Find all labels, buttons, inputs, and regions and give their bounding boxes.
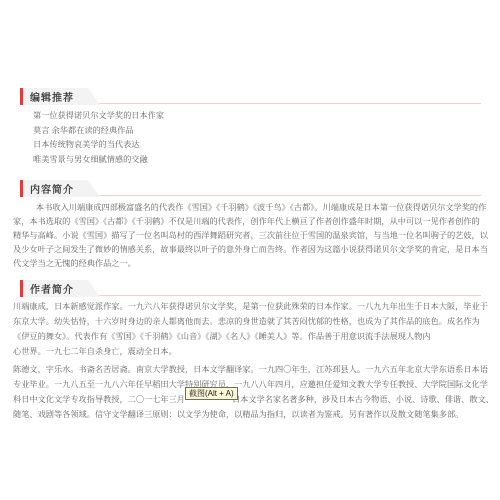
- section-title-editor-recommendation: 编辑推荐: [30, 93, 74, 104]
- text-line: 陈德文，字乐水。书斋名苦居斋。南京大学教授，日本文学翻译家。一九四〇年生，江苏邳…: [13, 362, 494, 377]
- translator-bio-chendewen: 陈德文，字乐水。书斋名苦居斋。南京大学教授，日本文学翻译家。一九四〇年生，江苏邳…: [13, 362, 494, 422]
- section-tab: 作者简介: [20, 280, 100, 297]
- section-tab: 编辑推荐: [20, 88, 100, 105]
- section-tab: 内容简介: [20, 180, 100, 197]
- section-title-author-intro: 作者简介: [30, 285, 74, 296]
- section-header-editor-recommendation: 编辑推荐: [20, 88, 481, 104]
- text-line: 东京大学。幼失怙恃，十六岁时身边的亲人都离他而去。悲凉的身世造就了其苦闷忧郁的性…: [13, 314, 488, 329]
- text-line: 及少女叶子之间发生了微妙的情感关系，故事最终以叶子的意外身亡而告终。作者因为这篇…: [13, 243, 488, 257]
- text-segment: 科日中文化文学专攻指导教授，二〇一七年三月: [13, 395, 185, 404]
- section-header-content-intro: 内容简介: [20, 180, 481, 196]
- editor-recommendation-list: 第一位获得诺贝尔文学奖的日本作家 莫言 余华都在读的经典作品 日本传统物哀美学的…: [33, 109, 164, 167]
- section-title-content-intro: 内容简介: [30, 185, 74, 196]
- screenshot-tooltip: 截图(Alt + A): [185, 387, 238, 400]
- text-line: 代文学当之无愧的经典作品之一。: [13, 257, 488, 271]
- text-line: 本书收入川端康成四部极富盛名的代表作《雪国》《千羽鹤》《波千鸟》《古都》。川端康…: [13, 201, 488, 215]
- list-item: 唯美雪景与男女细腻情感的交融: [33, 153, 164, 168]
- text-line: 科日中文化文学专攻指导教授，二〇一七年三月截图(Alt + A)日本文学名家名著…: [13, 392, 494, 407]
- text-line: 家，本书选取的《雪国》《古都》《千羽鹤》不仅是川端的代表作，创作年代上横亘了作者…: [13, 215, 488, 229]
- text-line: 川端康成，日本新感觉派作家。一九六八年获得诺贝尔文学奖，是第一位获此殊荣的日本作…: [13, 299, 488, 314]
- author-bio-kawabata: 川端康成，日本新感觉派作家。一九六八年获得诺贝尔文学奖，是第一位获此殊荣的日本作…: [13, 299, 488, 359]
- text-line: 专业毕业。一九八五至一九八六年任早稻田大学特别研究员，一九八八年四月，应邀担任爱…: [13, 377, 494, 392]
- text-line: 心世界。一九七二年自杀身亡，震动全日本。: [13, 344, 488, 359]
- text-line: 《伊豆的舞女》。代表作有《雪国》《千羽鹤》《山音》《湖》《名人》《睡美人》等。作…: [13, 329, 488, 344]
- text-segment: 日本文学名家名著多种，涉及日本古今物语、小说、诗歌、俳谐、散文、: [232, 395, 494, 404]
- section-header-author-intro: 作者简介: [20, 280, 481, 296]
- content-intro-paragraph: 本书收入川端康成四部极富盛名的代表作《雪国》《千羽鹤》《波千鸟》《古都》。川端康…: [13, 201, 488, 271]
- book-detail-page: 编辑推荐 第一位获得诺贝尔文学奖的日本作家 莫言 余华都在读的经典作品 日本传统…: [0, 0, 500, 500]
- list-item: 日本传统物哀美学的当代表达: [33, 138, 164, 153]
- tooltip-anchor: 截图(Alt + A): [185, 393, 232, 402]
- text-line: 精华与高峰。小说《雪国》描写了一位名叫岛村的西洋舞蹈研究者，三次前往位于雪国的温…: [13, 229, 488, 243]
- list-item: 第一位获得诺贝尔文学奖的日本作家: [33, 109, 164, 124]
- text-line: 随笔、戏剧等各领域。信守文学翻译三原则：以文学为使命，以精品为指归，以读者为鉴戒…: [13, 407, 494, 422]
- list-item: 莫言 余华都在读的经典作品: [33, 124, 164, 139]
